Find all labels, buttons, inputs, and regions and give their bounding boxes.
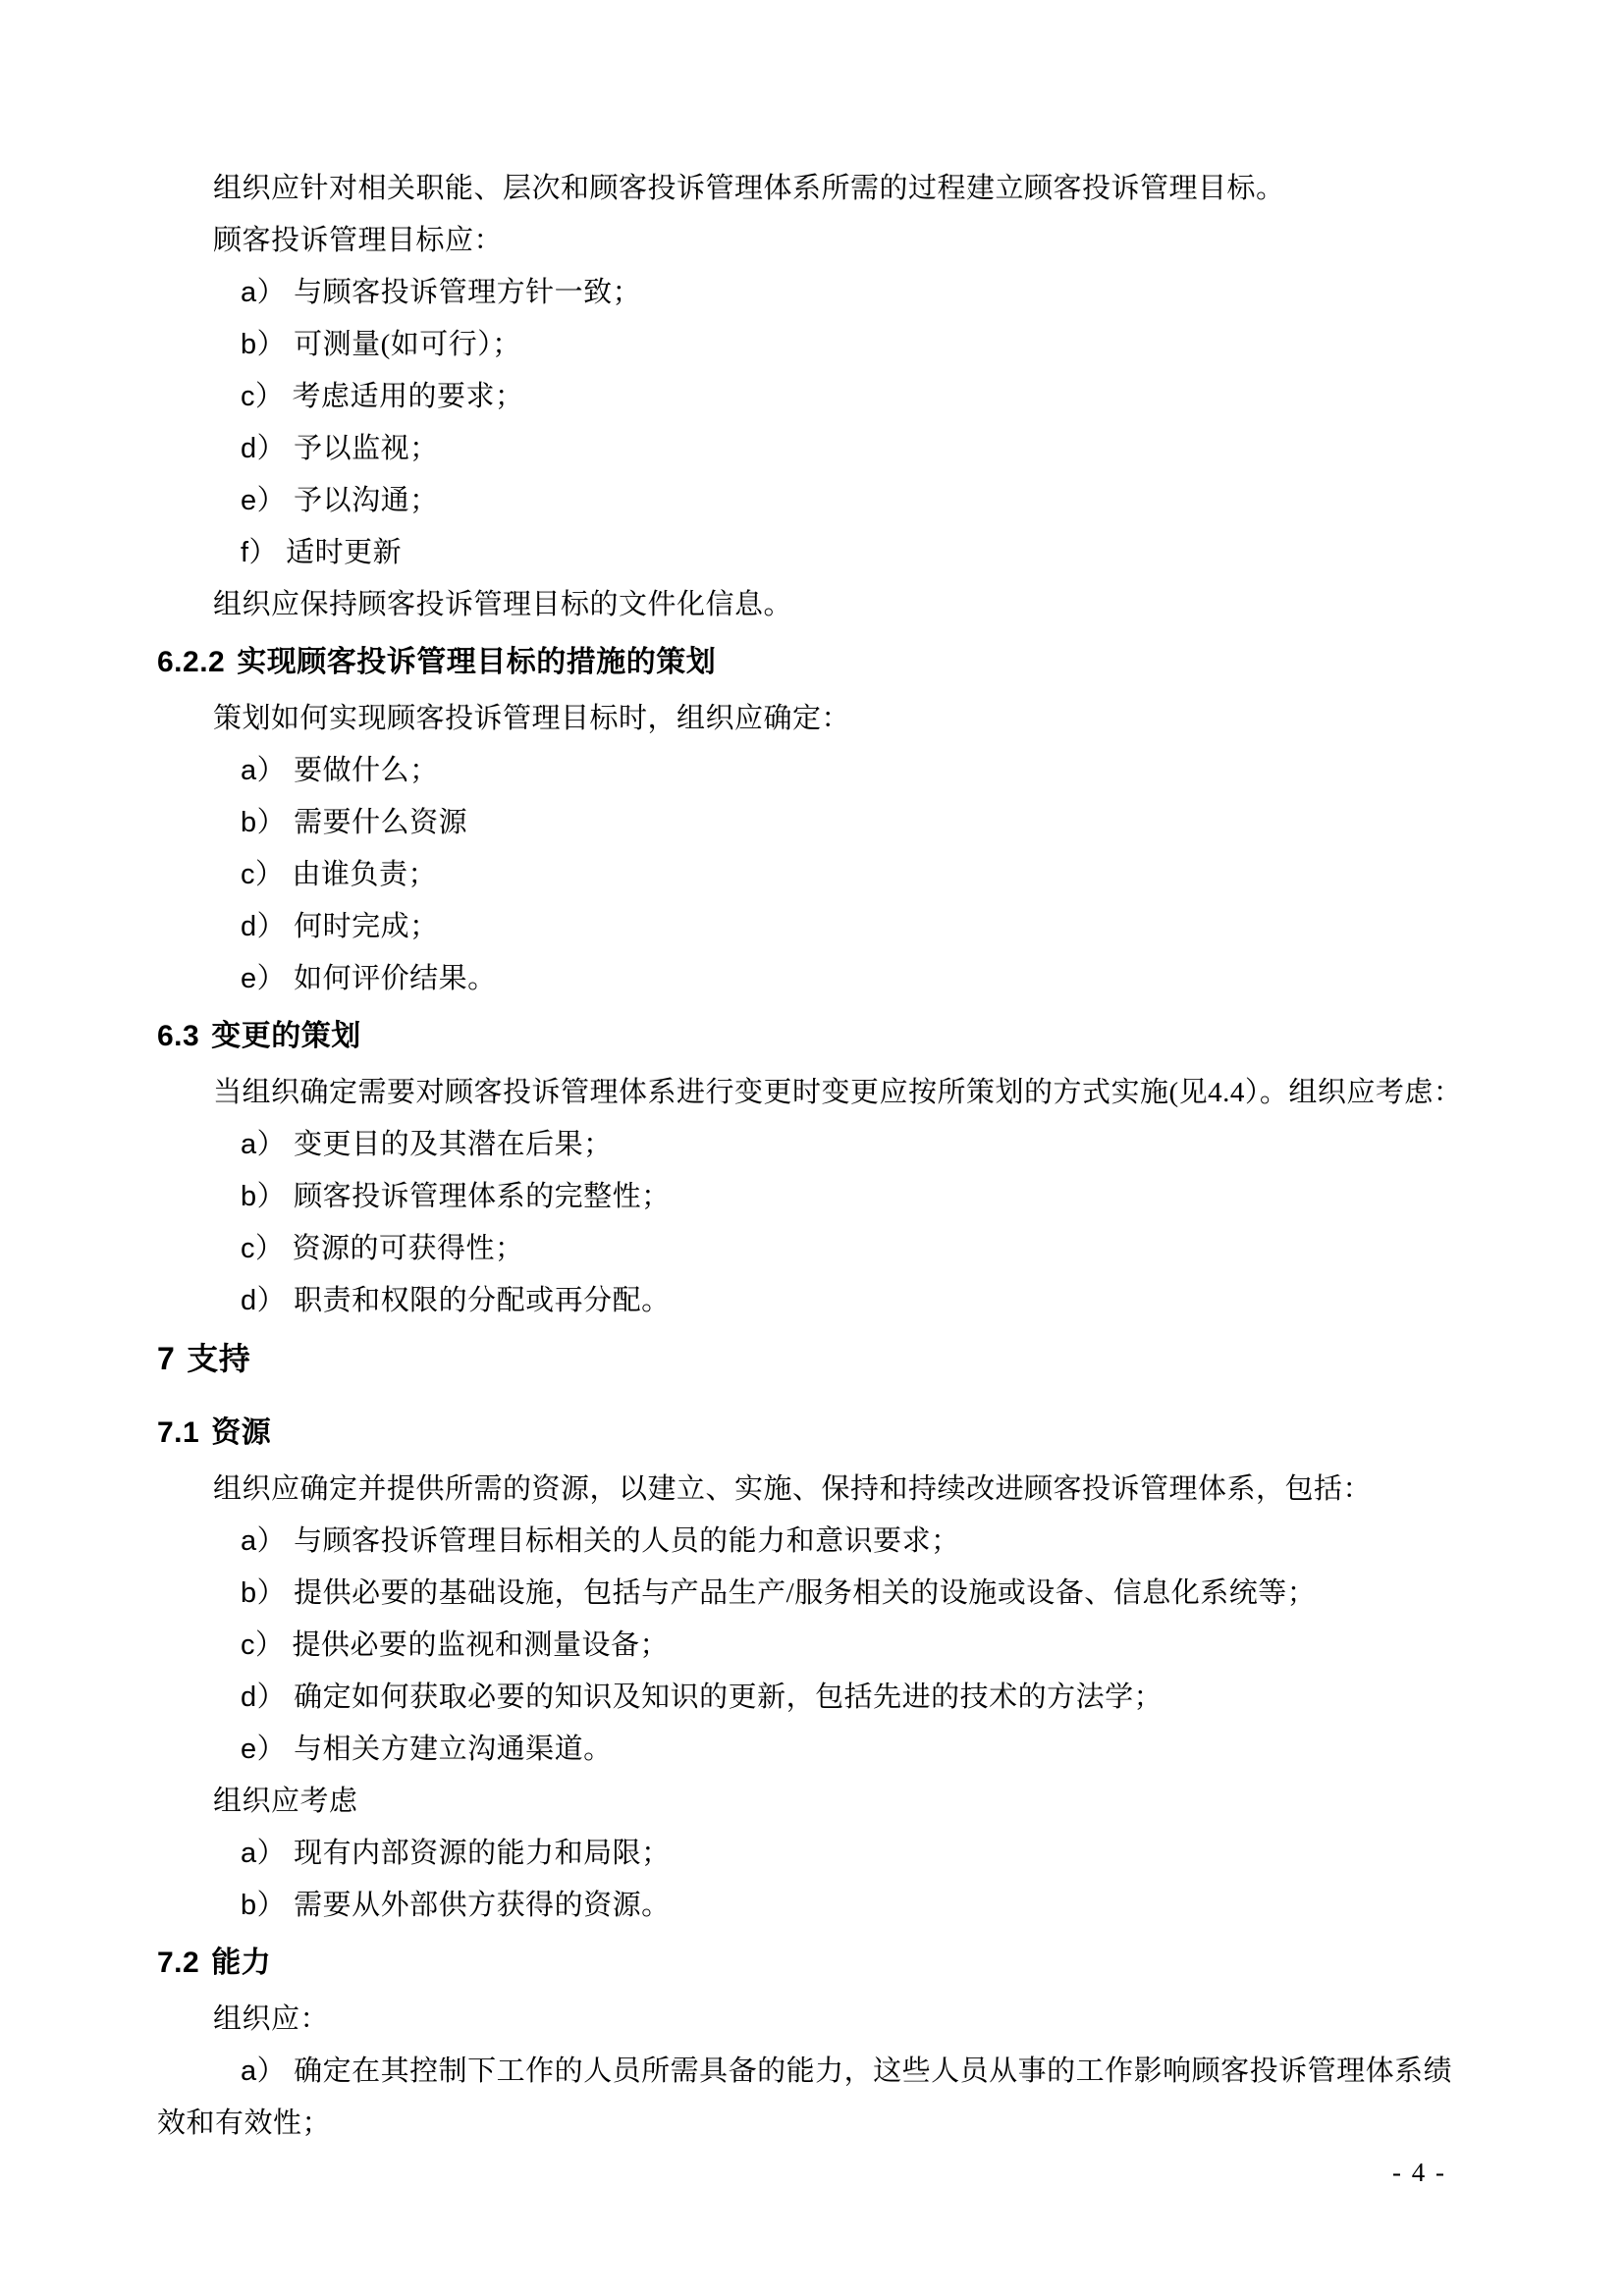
list-item: d）何时完成；: [157, 901, 1478, 953]
list-marker: a）: [241, 755, 286, 786]
heading-text: 资源: [211, 1416, 271, 1449]
list-item-text: 与相关方建立沟通渠道。: [294, 1734, 613, 1765]
list-item-text: 变更目的及其潜在后果；: [294, 1129, 613, 1160]
list-marker: e）: [241, 963, 286, 994]
heading-text: 变更的策划: [211, 1020, 361, 1052]
list-marker: c）: [241, 1233, 285, 1264]
list-item-text: 确定如何获取必要的知识及知识的更新，包括先进的技术的方法学；: [294, 1682, 1163, 1713]
list-item-text: 与顾客投诉管理方针一致；: [294, 277, 641, 308]
list-item: a）现有内部资源的能力和局限；: [157, 1828, 1478, 1880]
list-item-text: 需要从外部供方获得的资源。: [294, 1890, 671, 1921]
list-item: a）与顾客投诉管理方针一致；: [157, 267, 1478, 319]
paragraph: 组织应考虑: [157, 1776, 1478, 1828]
list-marker: c）: [241, 1629, 285, 1661]
list-item-text: 顾客投诉管理体系的完整性；: [294, 1181, 671, 1212]
list-item-text: 由谁负责；: [293, 859, 438, 890]
list-item: c）资源的可获得性；: [157, 1223, 1478, 1275]
list-item: b）需要什么资源: [157, 797, 1478, 849]
paragraph: 组织应：: [157, 1994, 1478, 2046]
list-item: e）如何评价结果。: [157, 953, 1478, 1005]
paragraph: 组织应针对相关职能、层次和顾客投诉管理体系所需的过程建立顾客投诉管理目标。: [157, 163, 1478, 215]
section-heading-6-3: 6.3变更的策划: [157, 1010, 1478, 1062]
list-item-text: 现有内部资源的能力和局限；: [294, 1838, 671, 1869]
list-item: d）予以监视；: [157, 423, 1478, 475]
page-content: 组织应针对相关职能、层次和顾客投诉管理体系所需的过程建立顾客投诉管理目标。 顾客…: [157, 163, 1478, 2150]
list-item: e）与相关方建立沟通渠道。: [157, 1724, 1478, 1776]
page-number: - 4 -: [1392, 2158, 1446, 2187]
list-item: d）职责和权限的分配或再分配。: [157, 1275, 1478, 1327]
list-item: f）适时更新: [157, 527, 1478, 579]
list-marker: c）: [241, 859, 285, 890]
list-marker: c）: [241, 381, 285, 412]
list-item-text: 何时完成；: [294, 911, 439, 942]
list-marker: d）: [241, 911, 286, 942]
list-marker: d）: [241, 1682, 286, 1713]
list-item-text: 资源的可获得性；: [293, 1233, 524, 1264]
paragraph: 顾客投诉管理目标应：: [157, 215, 1478, 267]
list-item: d）确定如何获取必要的知识及知识的更新，包括先进的技术的方法学；: [157, 1672, 1478, 1724]
list-item: e）予以沟通；: [157, 475, 1478, 527]
list-item: c）考虑适用的要求；: [157, 371, 1478, 423]
list-item-text: 需要什么资源: [294, 807, 467, 838]
section-heading-7-1: 7.1资源: [157, 1407, 1478, 1459]
list-item: b）可测量(如可行）；: [157, 319, 1478, 371]
list-item-text: 予以沟通；: [294, 485, 439, 516]
list-item: c）由谁负责；: [157, 849, 1478, 901]
document-page: 组织应针对相关职能、层次和顾客投诉管理体系所需的过程建立顾客投诉管理目标。 顾客…: [0, 0, 1624, 2296]
section-heading-7-2: 7.2能力: [157, 1937, 1478, 1989]
list-marker: b）: [241, 329, 286, 360]
list-item: c）提供必要的监视和测量设备；: [157, 1620, 1478, 1672]
list-marker: b）: [241, 1890, 286, 1921]
section-heading-6-2-2: 6.2.2实现顾客投诉管理目标的措施的策划: [157, 636, 1478, 688]
paragraph: 策划如何实现顾客投诉管理目标时，组织应确定：: [157, 693, 1478, 745]
list-item-text: 提供必要的监视和测量设备；: [293, 1629, 670, 1661]
list-item-text: 提供必要的基础设施，包括与产品生产/服务相关的设施或设备、信息化系统等；: [294, 1577, 1316, 1609]
list-marker: a）: [241, 1838, 286, 1869]
list-item-text: 与顾客投诉管理目标相关的人员的能力和意识要求；: [294, 1525, 960, 1557]
list-item: b）需要从外部供方获得的资源。: [157, 1880, 1478, 1932]
list-item-text: 职责和权限的分配或再分配。: [294, 1285, 671, 1316]
list-item-text: 如何评价结果。: [294, 963, 497, 994]
list-item: b）顾客投诉管理体系的完整性；: [157, 1171, 1478, 1223]
list-marker: b）: [241, 807, 286, 838]
list-marker: a）: [241, 1129, 286, 1160]
heading-text: 能力: [211, 1947, 271, 1979]
list-marker: e）: [241, 1734, 286, 1765]
paragraph: 组织应保持顾客投诉管理目标的文件化信息。: [157, 579, 1478, 631]
list-item-text: 确定在其控制下工作的人员所需具备的能力，这些人员从事的工作影响顾客投诉管理体系绩…: [157, 2056, 1452, 2139]
list-item-text: 要做什么；: [294, 755, 439, 786]
list-item: a）与顾客投诉管理目标相关的人员的能力和意识要求；: [157, 1516, 1478, 1568]
list-marker: b）: [241, 1577, 286, 1609]
list-item-text: 予以监视；: [294, 433, 439, 464]
list-item-text: 可测量(如可行）；: [294, 329, 521, 360]
list-item: a）变更目的及其潜在后果；: [157, 1119, 1478, 1171]
list-marker: d）: [241, 1285, 286, 1316]
list-item: b）提供必要的基础设施，包括与产品生产/服务相关的设施或设备、信息化系统等；: [157, 1568, 1478, 1620]
list-marker: a）: [241, 1525, 286, 1557]
paragraph: 当组织确定需要对顾客投诉管理体系进行变更时变更应按所策划的方式实施(见4.4）。…: [157, 1067, 1478, 1119]
heading-text: 支持: [187, 1341, 250, 1376]
list-item: a）要做什么；: [157, 745, 1478, 797]
list-item: a）确定在其控制下工作的人员所需具备的能力，这些人员从事的工作影响顾客投诉管理体…: [157, 2046, 1478, 2150]
heading-number: 7.1: [157, 1416, 199, 1449]
heading-number: 6.2.2: [157, 646, 225, 678]
paragraph: 组织应确定并提供所需的资源，以建立、实施、保持和持续改进顾客投诉管理体系，包括：: [157, 1464, 1478, 1516]
list-marker: b）: [241, 1181, 286, 1212]
list-marker: d）: [241, 433, 286, 464]
list-item-text: 考虑适用的要求；: [293, 381, 524, 412]
heading-number: 6.3: [157, 1020, 199, 1052]
heading-text: 实现顾客投诉管理目标的措施的策划: [237, 646, 716, 678]
heading-number: 7.2: [157, 1947, 199, 1979]
list-marker: e）: [241, 485, 286, 516]
list-marker: f）: [241, 537, 278, 568]
list-marker: a）: [241, 277, 286, 308]
section-heading-7: 7支持: [157, 1332, 1478, 1386]
list-item-text: 适时更新: [286, 537, 402, 568]
heading-number: 7: [157, 1341, 175, 1376]
list-marker: a）: [241, 2056, 286, 2087]
